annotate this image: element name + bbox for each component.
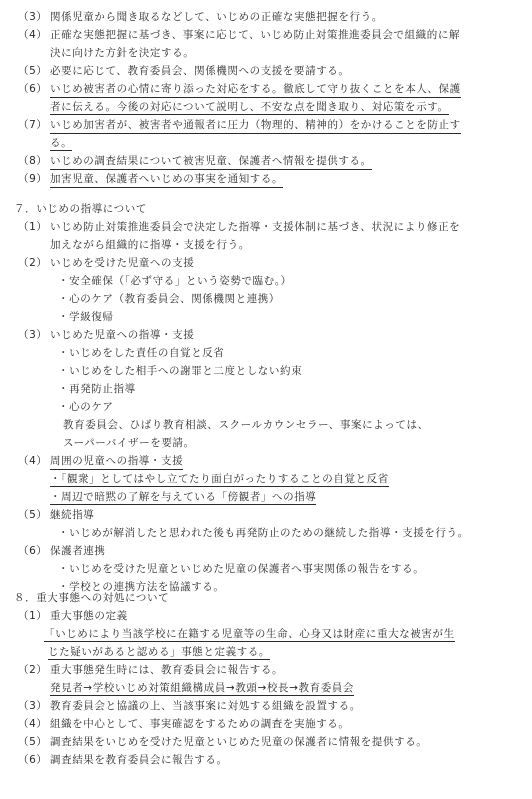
bullet-item: ・いじめが解消したと思われた後も再発防止のための継続した指導・支援を行う。 — [58, 526, 469, 540]
bullet-text: ・周辺で暗黙の了解を与えている「傍観者」への指導 — [50, 491, 316, 505]
item-text-underlined-continuation: る。 — [50, 137, 72, 151]
item-number: （6） — [18, 544, 47, 558]
item-number: （4） — [18, 717, 47, 731]
document-page: （3） 関係児童から聞き取るなどして、いじめの正確な実態把握を行う。 （4） 正… — [0, 0, 532, 799]
bullet-item: ・心のケア — [58, 400, 114, 414]
item-title: いじめを受けた児童への支援 — [50, 256, 194, 270]
item-number: （2） — [18, 663, 47, 677]
item-text: 教育委員会と協議の上、当該事案に対処する組織を設置する。 — [50, 699, 361, 713]
item-text: 必要に応じて、教育委員会、関係機関への支援を要請する。 — [50, 64, 350, 78]
item-number: （3） — [18, 699, 47, 713]
item-text: 関係児童から聞き取るなどして、いじめの正確な実態把握を行う。 — [50, 10, 383, 24]
list-item-7-1-cont: 加えながら組織的に指導・支援を行う。 — [50, 238, 250, 252]
bullet-text: ・「観衆」としてはやし立てたり面白がったりすることの自覚と反省 — [50, 473, 389, 487]
item-number: （4） — [18, 454, 47, 468]
care-detail-line: スーパーバイザーを要請。 — [63, 436, 195, 450]
section-8-heading: ８．重大事態への対処について — [14, 591, 169, 605]
bullet-item-underlined: ・周辺で暗黙の了解を与えている「傍観者」への指導 — [50, 490, 316, 504]
bullet-item: ・いじめをした相手への謝罪と二度としない約束 — [58, 364, 302, 378]
item-number: （6） — [18, 82, 47, 96]
bullet-item: ・学級復帰 — [58, 310, 114, 324]
definition-line: 「いじめにより当該学校に在籍する児童等の生命、心身又は財産に重大な被害が生 — [44, 627, 455, 641]
item-number: （5） — [18, 508, 47, 522]
list-item-6-4-cont: 決に向けた方針を決定する。 — [50, 46, 194, 60]
care-detail-line: 教育委員会、ひばり教育相談、スクールカウンセラー、事案によっては、 — [63, 418, 429, 432]
bullet-item-underlined: ・「観衆」としてはやし立てたり面白がったりすることの自覚と反省 — [50, 472, 389, 486]
item-text-underlined: いじめの調査結果について被害児童、保護者へ情報を提供する。 — [50, 154, 372, 170]
item-title-underlined: 周囲の児童への指導・支援 — [50, 454, 183, 470]
definition-text: じた疑いがあると認める」事態と定義する。 — [48, 646, 270, 660]
bullet-item: ・再発防止指導 — [58, 382, 136, 396]
item-number: （7） — [18, 118, 47, 132]
item-title: いじめた児童への指導・支援 — [50, 328, 194, 342]
item-title: 保護者連携 — [50, 544, 106, 558]
item-text-underlined-continuation: 者に伝える。今後の対応について説明し、不安な点を聞き取り、対応策を示す。 — [50, 101, 449, 115]
item-text-underlined: いじめ被害者の心情に寄り添った対応をする。徹底して守り抜くことを本人、保護 — [50, 82, 461, 98]
item-text-continuation: 決に向けた方針を決定する。 — [50, 47, 194, 59]
item-title: 重大事態の定義 — [50, 609, 128, 623]
definition-line: じた疑いがあると認める」事態と定義する。 — [48, 645, 270, 659]
list-item-6-7-cont: る。 — [50, 136, 72, 150]
bullet-item: ・いじめを受けた児童といじめた児童の保護者へ事実関係の報告をする。 — [58, 562, 424, 576]
item-text: 調査結果をいじめを受けた児童といじめた児童の保護者に情報を提供する。 — [50, 735, 427, 749]
item-number: （6） — [18, 753, 47, 767]
item-text: 調査結果を教育委員会に報告する。 — [50, 753, 228, 767]
item-text-underlined: 加害児童、保護者へいじめの事実を通知する。 — [50, 172, 283, 188]
item-number: （8） — [18, 154, 47, 168]
section-7-heading: ７．いじめの指導について — [14, 202, 147, 216]
item-number: （5） — [18, 64, 47, 78]
report-flow: 発見者→学校いじめ対策組織構成員→教頭→校長→教育委員会 — [50, 681, 354, 695]
item-text: 組織を中心として、事実確認をするための調査を実施する。 — [50, 717, 350, 731]
item-text: 正確な実態把握に基づき、事案に応じて、いじめ防止対策推進委員会で組織的に解 — [50, 28, 460, 42]
item-number: （2） — [18, 256, 47, 270]
item-number: （1） — [18, 609, 47, 623]
definition-text: 「いじめにより当該学校に在籍する児童等の生命、心身又は財産に重大な被害が生 — [44, 628, 455, 642]
bullet-item: ・いじめをした責任の自覚と反省 — [58, 346, 225, 360]
bullet-item: ・安全確保（「必ず守る」という姿勢で臨む。） — [58, 274, 292, 288]
item-number: （4） — [18, 28, 47, 42]
item-title: 重大事態発生時には、教育委員会に報告する。 — [50, 663, 283, 677]
item-title: 継続指導 — [50, 508, 94, 522]
item-number: （1） — [18, 220, 47, 234]
list-item-6-6-cont: 者に伝える。今後の対応について説明し、不安な点を聞き取り、対応策を示す。 — [50, 100, 449, 114]
item-number: （3） — [18, 328, 47, 342]
item-number: （5） — [18, 735, 47, 749]
item-text-underlined: いじめ加害者が、被害者や通報者に圧力（物理的、精神的）をかけることを防止す — [50, 118, 461, 134]
item-number: （3） — [18, 10, 47, 24]
item-number: （9） — [18, 172, 47, 186]
bullet-item: ・心のケア（教育委員会、関係機関と連携） — [58, 292, 280, 306]
report-flow-text: 発見者→学校いじめ対策組織構成員→教頭→校長→教育委員会 — [50, 682, 354, 696]
item-text: いじめ防止対策推進委員会で決定した指導・支援体制に基づき、状況により修正を — [50, 220, 460, 234]
